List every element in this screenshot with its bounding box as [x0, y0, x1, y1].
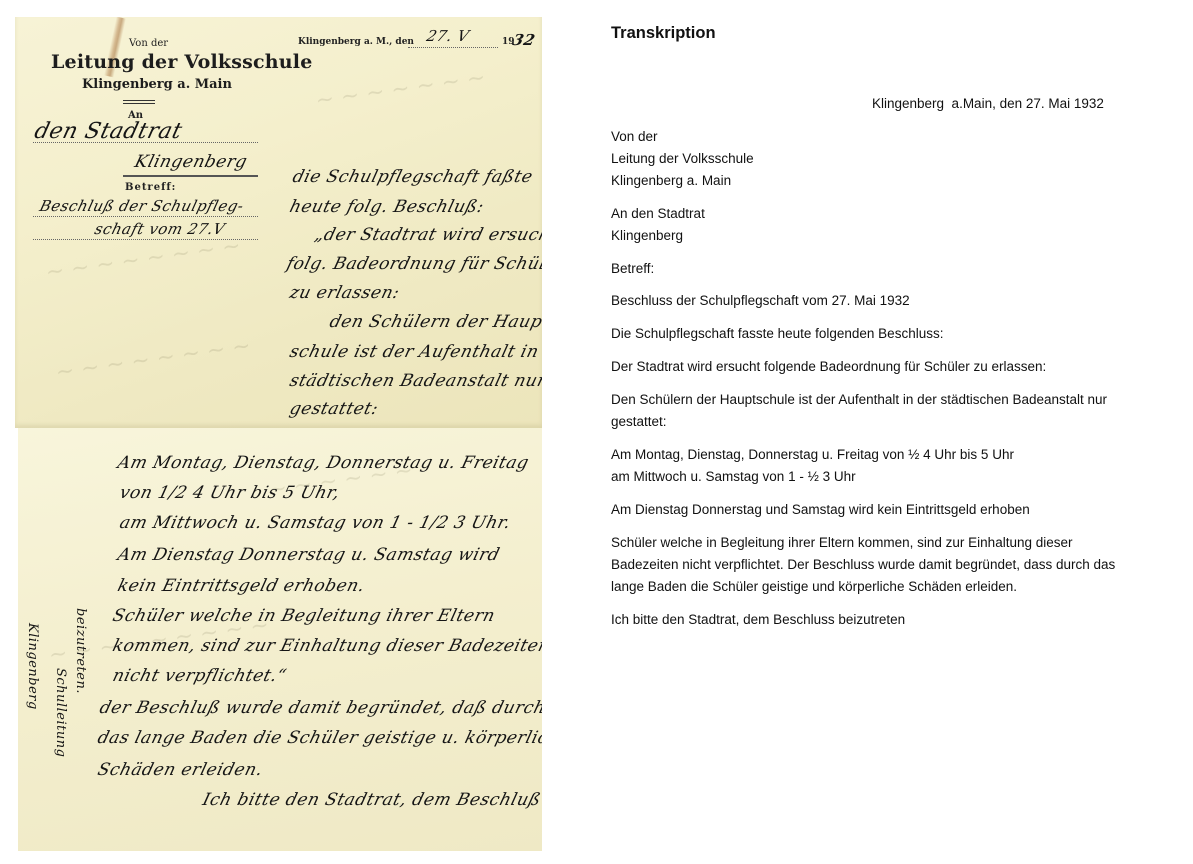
handwritten-line: den Schülern der Haupt-: [328, 312, 542, 332]
subject-line: Beschluss der Schulpflegschaft vom 27. M…: [611, 290, 1171, 312]
transcription-dateline: Klingenberg a.Main, den 27. Mai 1932: [872, 93, 1104, 115]
paragraph-intro: Die Schulpflegschaft fasste heute folgen…: [611, 323, 1171, 345]
letter-page-top: ~ ~ ~ ~ ~ ~ ~ ~ ~ ~ ~ ~ ~ ~ ~ ~ ~ ~ ~ ~ …: [15, 17, 542, 428]
letter-page-bottom: ~ ~ ~ ~ ~ ~ ~ ~ ~ ~ ~ ~ ~ ~ ~ Am Montag,…: [18, 428, 542, 851]
handwritten-line: gestattet:: [288, 399, 381, 419]
handwritten-line: Ich bitte den Stadtrat, dem Beschluß: [201, 790, 542, 810]
recipient-underline: [123, 175, 258, 177]
betreff-label: Betreff:: [125, 182, 176, 193]
paragraph-exempt-line2: Badezeiten nicht verpflichtet. Der Besch…: [611, 554, 1171, 576]
handwritten-line: nicht verpflichtet.“: [111, 666, 289, 686]
handwritten-line: Am Montag, Dienstag, Donnerstag u. Freit…: [116, 453, 531, 473]
margin-note: beizutreten.: [73, 608, 88, 694]
handwritten-line: zu erlassen:: [288, 283, 402, 303]
handwritten-line: Schüler welche in Begleitung ihrer Elter…: [111, 606, 498, 626]
letterhead-school-name: Leitung der Volksschule: [51, 51, 313, 73]
paragraph-rule-line2: gestattet:: [611, 411, 1171, 433]
handwritten-subject-line2: schaft vom 27.V: [93, 220, 227, 238]
handwritten-recipient-line1: den Stadtrat: [32, 119, 185, 144]
letterhead-place-date: Klingenberg a. M., den: [298, 37, 414, 47]
paragraph-exempt-line1: Schüler welche in Begleitung ihrer Elter…: [611, 532, 1171, 554]
letterhead-town: Klingenberg a. Main: [82, 77, 232, 92]
handwritten-line: von 1/2 4 Uhr bis 5 Uhr,: [118, 483, 343, 503]
betreff-label: Betreff:: [611, 258, 1171, 280]
ink-bleed-through: ~ ~ ~ ~ ~ ~ ~ ~: [44, 233, 242, 285]
handwritten-date: 27. V: [425, 27, 471, 45]
ink-bleed-through: ~ ~ ~ ~ ~ ~ ~: [314, 65, 487, 114]
letter-scan-image: ~ ~ ~ ~ ~ ~ ~ ~ ~ ~ ~ ~ ~ ~ ~ ~ ~ ~ ~ ~ …: [15, 17, 542, 851]
recipient-line: Klingenberg: [611, 225, 1171, 247]
handwritten-line: kein Eintrittsgeld erhoben.: [116, 576, 368, 596]
paragraph-rule-line1: Den Schülern der Hauptschule ist der Auf…: [611, 389, 1171, 411]
paragraph-request: Der Stadtrat wird ersucht folgende Badeo…: [611, 356, 1171, 378]
place-date-prefix: Klingenberg a. M., den: [298, 37, 414, 47]
paragraph-fee: Am Dienstag Donnerstag und Samstag wird …: [611, 499, 1171, 521]
handwritten-line: kommen, sind zur Einhaltung dieser Badez…: [111, 636, 542, 656]
subject-dotted-line2: [33, 239, 258, 240]
handwritten-line: „der Stadtrat wird ersucht: [313, 225, 542, 245]
handwritten-line: am Mittwoch u. Samstag von 1 - 1/2 3 Uhr…: [118, 513, 513, 533]
handwritten-line: heute folg. Beschluß:: [288, 197, 487, 217]
sender-line: Klingenberg a. Main: [611, 170, 1171, 192]
handwritten-year: 32: [511, 31, 537, 49]
letterhead-from: Von der: [129, 38, 168, 49]
handwritten-line: Am Dienstag Donnerstag u. Samstag wird: [116, 545, 502, 565]
handwritten-line: städtischen Badeanstalt nur: [288, 371, 542, 391]
handwritten-subject-line1: Beschluß der Schulpfleg-: [38, 197, 246, 215]
schedule-line1: Am Montag, Dienstag, Donnerstag u. Freit…: [611, 444, 1171, 466]
transcription-title: Transkription: [611, 22, 716, 44]
paragraph-closing: Ich bitte den Stadtrat, dem Beschluss be…: [611, 609, 1171, 631]
handwritten-line: schule ist der Aufenthalt in der: [288, 342, 542, 362]
date-dotted-line: [408, 47, 498, 48]
handwritten-line: die Schulpflegschaft faßte: [291, 167, 535, 187]
recipient-line: An den Stadtrat: [611, 203, 1171, 225]
recipient-dotted-line: [33, 142, 258, 143]
subject-dotted-line1: [33, 216, 258, 217]
schedule-line2: am Mittwoch u. Samstag von 1 - ½ 3 Uhr: [611, 466, 1171, 488]
paragraph-exempt-line3: lange Baden die Schüler geistige und kör…: [611, 576, 1171, 598]
sender-line: Von der: [611, 126, 1171, 148]
handwritten-line: folg. Badeordnung für Schüler: [285, 254, 542, 274]
margin-note: Schulleitung: [53, 668, 68, 757]
ink-bleed-through: ~ ~ ~ ~ ~ ~ ~ ~: [54, 333, 252, 385]
sender-line: Leitung der Volksschule: [611, 148, 1171, 170]
handwritten-line: das lange Baden die Schüler geistige u. …: [96, 728, 542, 748]
letterhead-ornament: [123, 100, 155, 104]
handwritten-line: der Beschluß wurde damit begründet, daß …: [98, 698, 542, 718]
handwritten-line: Schäden erleiden.: [96, 760, 265, 780]
margin-note: Klingenberg: [25, 623, 40, 710]
handwritten-recipient-line2: Klingenberg: [133, 152, 250, 172]
